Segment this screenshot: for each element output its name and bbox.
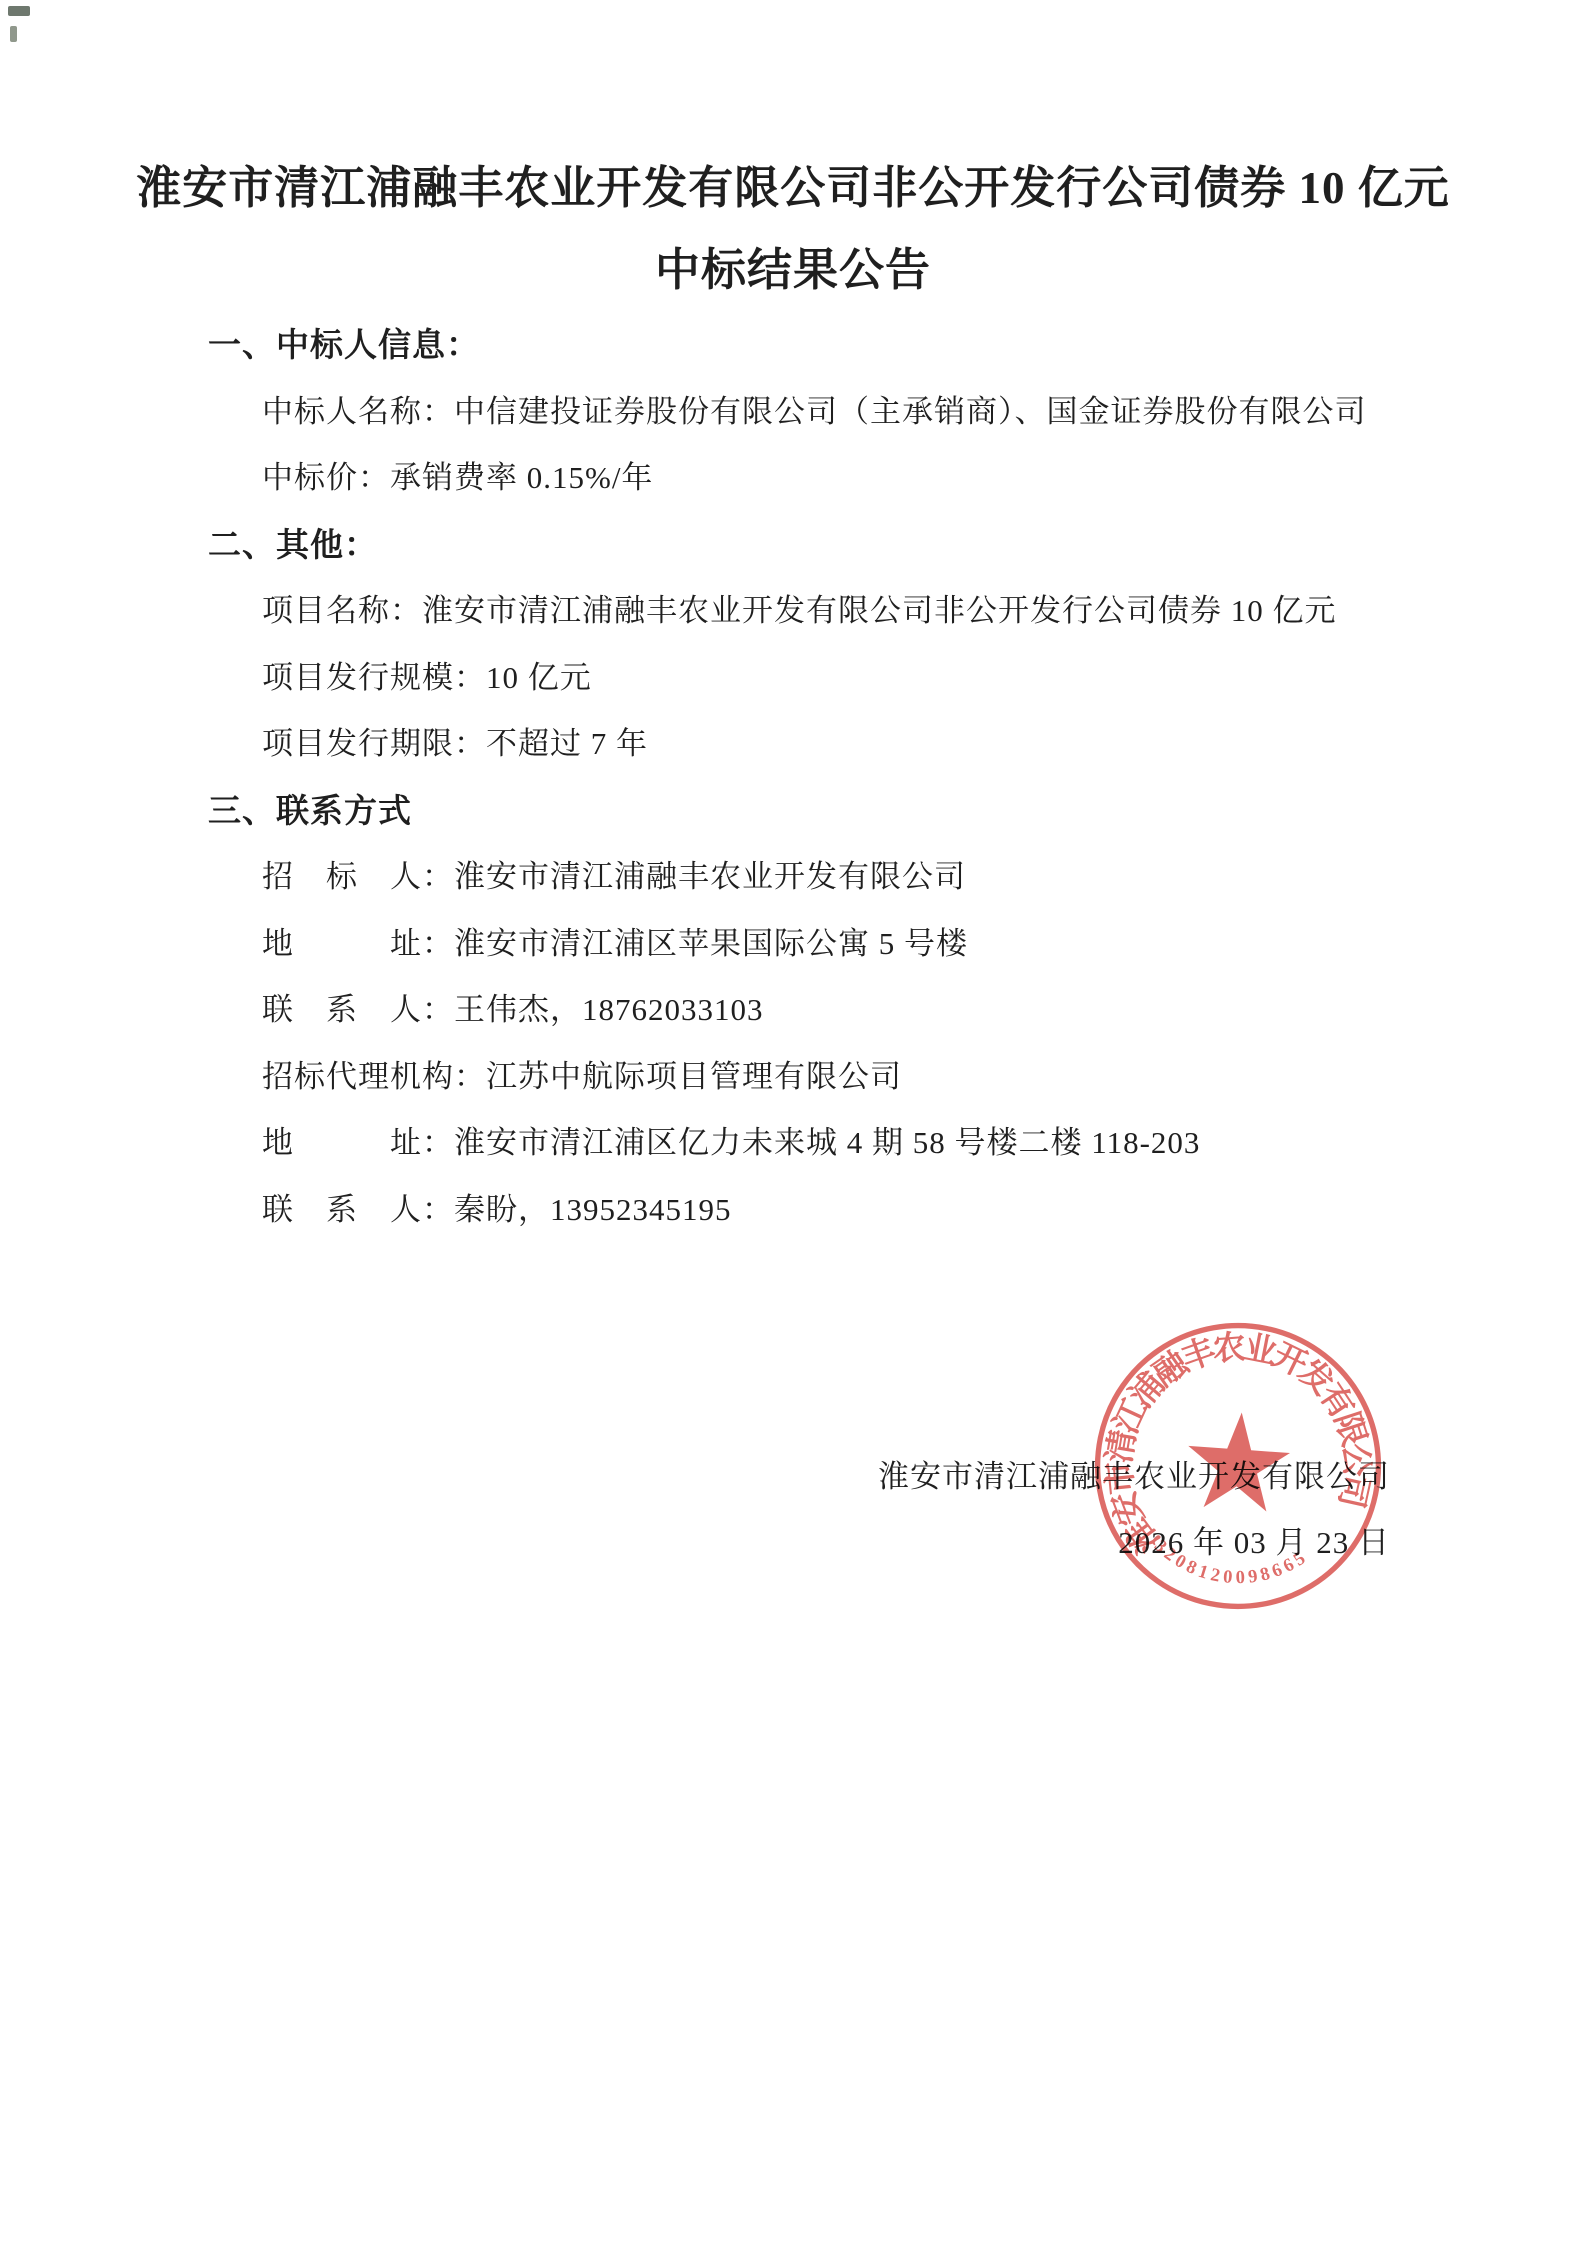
bid-price-line: 中标价：承销费率 0.15%/年	[0, 445, 1586, 512]
tenderer-address-line: 地 址：淮安市清江浦区苹果国际公寓 5 号楼	[0, 911, 1586, 978]
document-title: 淮安市清江浦融丰农业开发有限公司非公开发行公司债券 10 亿元 中标结果公告	[0, 147, 1586, 311]
issue-term-line: 项目发行期限：不超过 7 年	[0, 711, 1586, 778]
section-other-heading: 二、其他：	[0, 512, 1586, 579]
section-contact-heading: 三、联系方式	[0, 778, 1586, 845]
title-line-1: 淮安市清江浦融丰农业开发有限公司非公开发行公司债券 10 亿元	[0, 147, 1586, 229]
issue-scale-line: 项目发行规模：10 亿元	[0, 645, 1586, 712]
title-line-2: 中标结果公告	[0, 229, 1586, 311]
document-page: 淮安市清江浦融丰农业开发有限公司非公开发行公司债券 10 亿元 中标结果公告 一…	[0, 0, 1586, 2242]
signature-block: 淮安市清江浦融丰农业开发有限公司 2026 年 03 月 23 日	[0, 1444, 1390, 1576]
section-winner-info-heading: 一、中标人信息：	[0, 312, 1586, 379]
scan-artifact	[8, 6, 30, 16]
project-name-line: 项目名称：淮安市清江浦融丰农业开发有限公司非公开发行公司债券 10 亿元	[0, 578, 1586, 645]
scan-artifact	[10, 26, 17, 42]
winner-name-line: 中标人名称：中信建投证券股份有限公司（主承销商）、国金证券股份有限公司	[0, 379, 1586, 446]
signature-date: 2026 年 03 月 23 日	[0, 1510, 1390, 1576]
tenderer-line: 招 标 人：淮安市清江浦融丰农业开发有限公司	[0, 844, 1586, 911]
agency-address-line: 地 址：淮安市清江浦区亿力未来城 4 期 58 号楼二楼 118-203	[0, 1110, 1586, 1177]
tenderer-contact-line: 联 系 人：王伟杰，18762033103	[0, 977, 1586, 1044]
document-body: 一、中标人信息： 中标人名称：中信建投证券股份有限公司（主承销商）、国金证券股份…	[0, 312, 1586, 1243]
signature-company: 淮安市清江浦融丰农业开发有限公司	[0, 1444, 1390, 1510]
agency-line: 招标代理机构：江苏中航际项目管理有限公司	[0, 1044, 1586, 1111]
agency-contact-line: 联 系 人：秦盼，13952345195	[0, 1177, 1586, 1244]
